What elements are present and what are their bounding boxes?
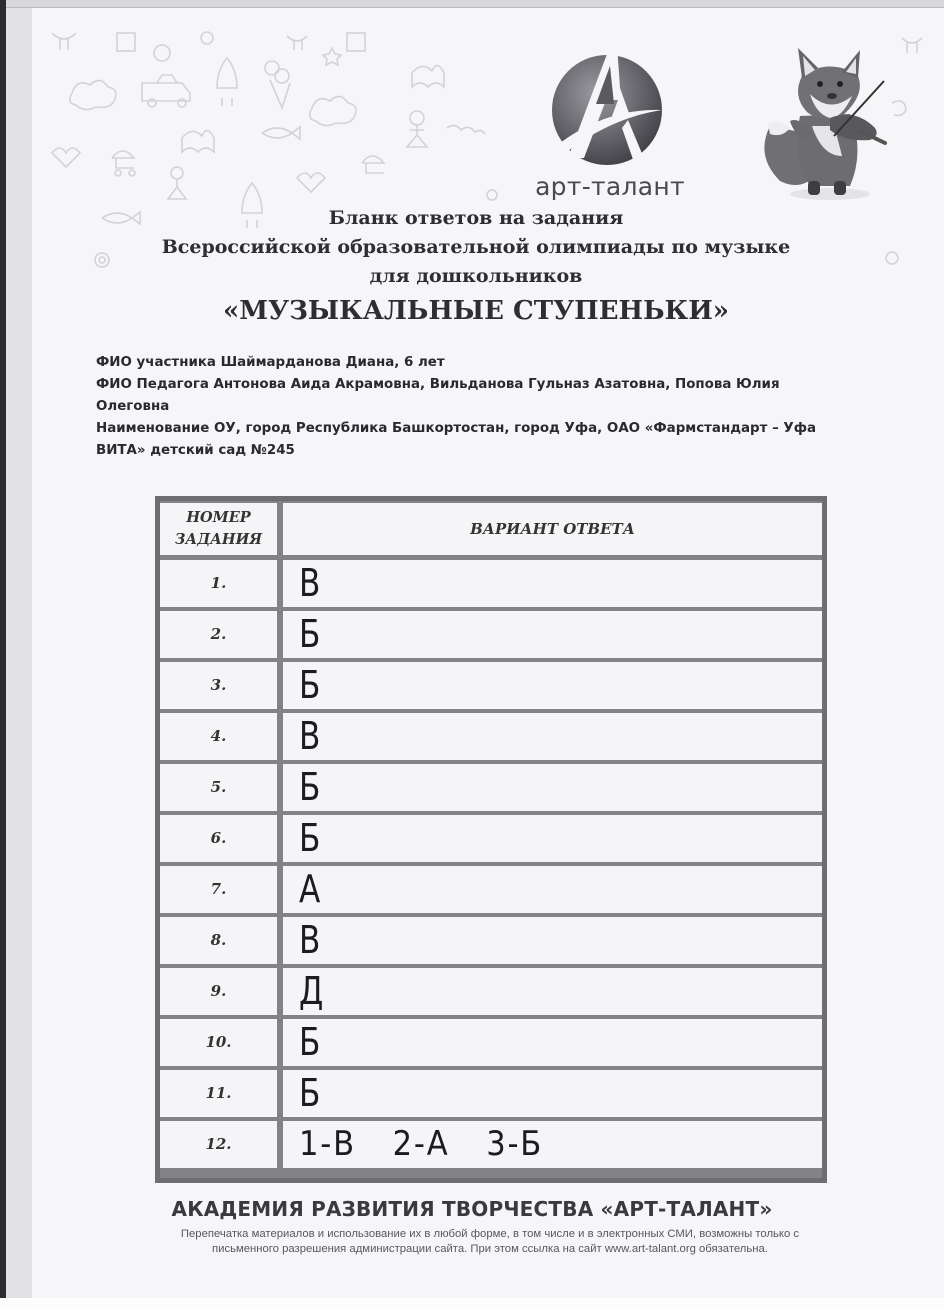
answer-header: ВАРИАНТ ОТВЕТА <box>283 503 822 555</box>
handwritten-answer: В <box>299 917 321 964</box>
answer-cell[interactable]: Б <box>283 1019 822 1066</box>
table-row: 9.Д <box>160 968 822 1015</box>
task-number: 7. <box>160 866 277 913</box>
answer-cell[interactable]: Б <box>283 764 822 811</box>
copyright-note: Перепечатка материалов и использование и… <box>110 1227 870 1257</box>
handwritten-answer: Б <box>299 611 321 658</box>
task-number: 9. <box>160 968 277 1015</box>
table-row: 8.В <box>160 917 822 964</box>
table-row: 4.В <box>160 713 822 760</box>
task-number: 10. <box>160 1019 277 1066</box>
brand-logo-text: арт-талант <box>525 172 695 201</box>
task-number: 11. <box>160 1070 277 1117</box>
table-row: 10.Б <box>160 1019 822 1066</box>
task-number: 6. <box>160 815 277 862</box>
institution-name: Наименование ОУ, город Республика Башкор… <box>96 418 856 440</box>
table-row: 7.А <box>160 866 822 913</box>
handwritten-answer: В <box>299 560 321 607</box>
handwritten-answer: Б <box>299 815 321 862</box>
scan-top-edge <box>6 0 944 8</box>
answer-cell[interactable]: Б <box>283 1070 822 1117</box>
handwritten-answer: 1-В 2-А 3-Б <box>299 1121 543 1168</box>
task-number: 2. <box>160 611 277 658</box>
task-number: 12. <box>160 1121 277 1168</box>
title-block: Бланк ответов на задания Всероссийской о… <box>60 204 892 331</box>
handwritten-answer: Б <box>299 662 321 709</box>
table-row: 12.1-В 2-А 3-Б <box>160 1121 822 1168</box>
task-number: 5. <box>160 764 277 811</box>
task-number: 3. <box>160 662 277 709</box>
fox-violin-icon <box>750 36 925 206</box>
audience-subtitle: для дошкольников <box>60 262 892 291</box>
academy-title: АКАДЕМИЯ РАЗВИТИЯ ТВОРЧЕСТВА «АРТ-ТАЛАНТ… <box>60 1197 884 1221</box>
task-number: 4. <box>160 713 277 760</box>
table-row: 3.Б <box>160 662 822 709</box>
scan-bottom-edge <box>0 1298 944 1309</box>
task-number-header: НОМЕР ЗАДАНИЯ <box>160 503 277 555</box>
answers-table: НОМЕР ЗАДАНИЯ ВАРИАНТ ОТВЕТА 1.В2.Б3.Б4.… <box>155 496 827 1183</box>
answer-cell[interactable]: В <box>283 713 822 760</box>
answer-cell[interactable]: Д <box>283 968 822 1015</box>
scan-margin <box>6 0 32 1300</box>
task-number: 8. <box>160 917 277 964</box>
answer-cell[interactable]: Б <box>283 611 822 658</box>
handwritten-answer: А <box>299 866 321 913</box>
table-row: 11.Б <box>160 1070 822 1117</box>
institution-name-cont: ВИТА» детский сад №245 <box>96 440 856 462</box>
art-talant-logo-icon <box>550 28 665 178</box>
copyright-note-line1: Перепечатка материалов и использование и… <box>110 1227 870 1242</box>
sheet-title: Бланк ответов на задания <box>60 204 892 233</box>
teacher-names-cont: Олеговна <box>96 396 856 418</box>
copyright-note-line2: письменного разрешения администрации сай… <box>110 1242 870 1257</box>
task-number: 1. <box>160 560 277 607</box>
answer-cell[interactable]: Б <box>283 662 822 709</box>
table-row: 5.Б <box>160 764 822 811</box>
participant-info: ФИО участника Шаймарданова Диана, 6 лет … <box>96 352 856 462</box>
handwritten-answer: В <box>299 713 321 760</box>
answer-cell[interactable]: 1-В 2-А 3-Б <box>283 1121 822 1168</box>
handwritten-answer: Д <box>299 968 324 1015</box>
teacher-names: ФИО Педагога Антонова Аида Акрамовна, Ви… <box>96 374 856 396</box>
answer-cell[interactable]: В <box>283 560 822 607</box>
handwritten-answer: Б <box>299 1019 321 1066</box>
handwritten-answer: Б <box>299 764 321 811</box>
answer-cell[interactable]: А <box>283 866 822 913</box>
answer-cell[interactable]: В <box>283 917 822 964</box>
participant-name: ФИО участника Шаймарданова Диана, 6 лет <box>96 352 856 374</box>
handwritten-answer: Б <box>299 1070 321 1117</box>
olympiad-subtitle: Всероссийской образовательной олимпиады … <box>60 233 892 262</box>
table-row: 1.В <box>160 560 822 607</box>
table-header-row: НОМЕР ЗАДАНИЯ ВАРИАНТ ОТВЕТА <box>160 503 822 555</box>
olympiad-name: «МУЗЫКАЛЬНЫЕ СТУПЕНЬКИ» <box>60 291 892 331</box>
table-row: 6.Б <box>160 815 822 862</box>
task-number-header-line1: НОМЕР <box>186 507 250 529</box>
table-row: 2.Б <box>160 611 822 658</box>
task-number-header-line2: ЗАДАНИЯ <box>175 529 262 551</box>
answer-cell[interactable]: Б <box>283 815 822 862</box>
